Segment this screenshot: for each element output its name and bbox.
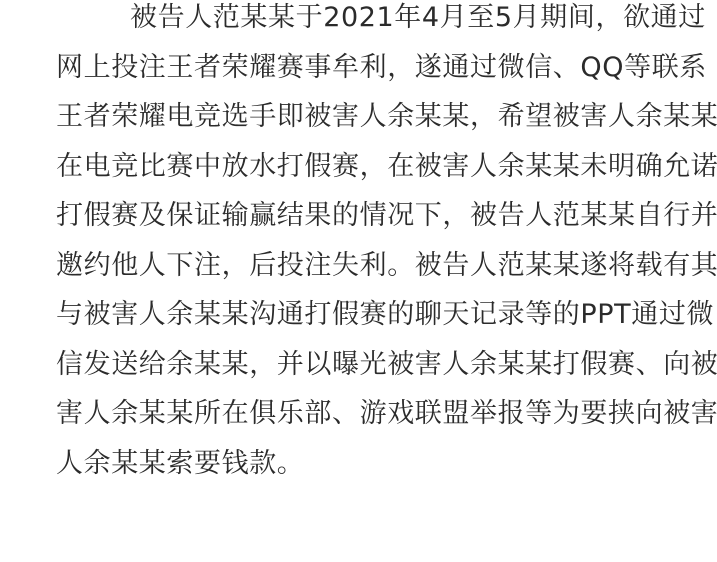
text-line: 王者荣耀电竞选手即被害人余某某，希望被害人余某某	[56, 92, 656, 142]
text-line: 被告人范某某于2021年4月至5月期间，欲通过	[56, 0, 656, 43]
text-line: 信发送给余某某，并以曝光被害人余某某打假赛、向被	[56, 340, 656, 390]
paragraph: 被告人范某某于2021年4月至5月期间，欲通过 网上投注王者荣耀赛事牟利，遂通过…	[56, 0, 656, 488]
text-line: 害人余某某所在俱乐部、游戏联盟举报等为要挟向被害	[56, 389, 656, 439]
text-line: 人余某某索要钱款。	[56, 439, 656, 489]
document-body: 被告人范某某于2021年4月至5月期间，欲通过 网上投注王者荣耀赛事牟利，遂通过…	[56, 0, 656, 488]
text-line: 打假赛及保证输赢结果的情况下，被告人范某某自行并	[56, 191, 656, 241]
text-line: 网上投注王者荣耀赛事牟利，遂通过微信、QQ等联系	[56, 43, 656, 93]
text-line: 邀约他人下注，后投注失利。被告人范某某遂将载有其	[56, 241, 656, 291]
text-line: 与被害人余某某沟通打假赛的聊天记录等的PPT通过微	[56, 290, 656, 340]
text-line: 在电竞比赛中放水打假赛，在被害人余某某未明确允诺	[56, 142, 656, 192]
